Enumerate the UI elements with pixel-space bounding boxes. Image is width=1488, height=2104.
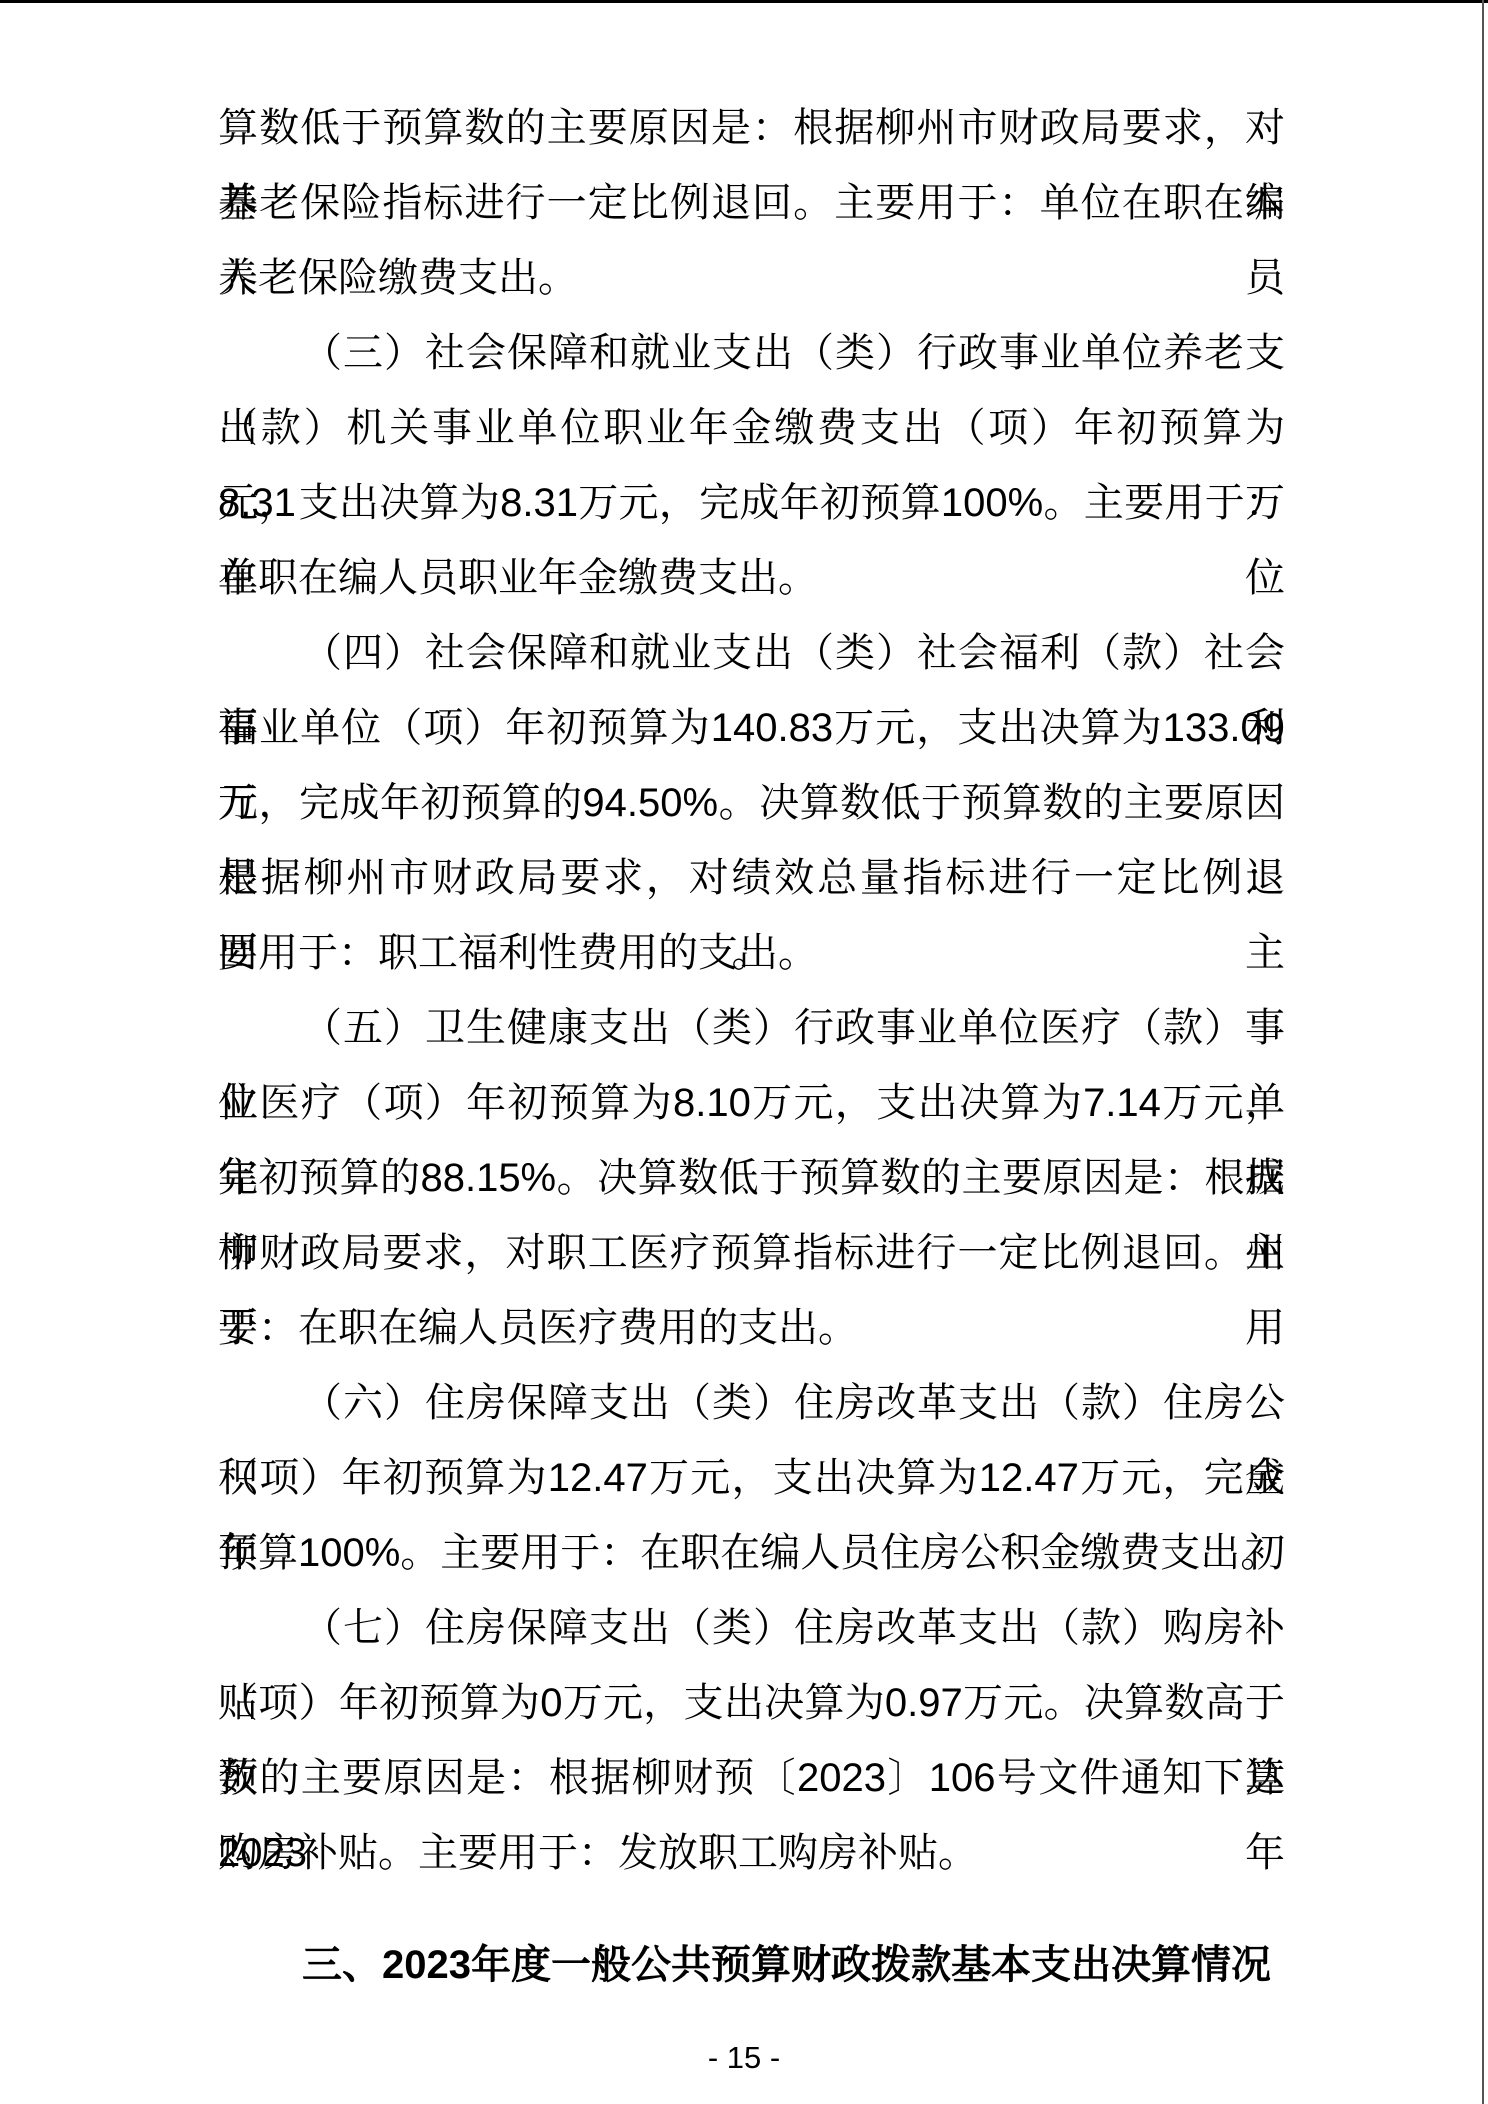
text-line: 算数低于预算数的主要原因是：根据柳州市财政局要求，对基本 xyxy=(218,91,1285,166)
text-line: 元，完成年初预算的94.50%。决算数低于预算数的主要原因是： xyxy=(218,766,1285,841)
text-line: （项）年初预算为12.47万元，支出决算为12.47万元，完成年初 xyxy=(218,1441,1285,1516)
text-line: （款）机关事业单位职业年金缴费支出（项）年初预算为8.31万 xyxy=(218,391,1285,466)
text-line: 事业单位（项）年初预算为140.83万元，支出决算为133.09万 xyxy=(218,691,1285,766)
document-body: 算数低于预算数的主要原因是：根据柳州市财政局要求，对基本养老保险指标进行一定比例… xyxy=(218,91,1285,2003)
page-number: - 15 - xyxy=(0,2036,1488,2080)
text-line: 养老保险指标进行一定比例退回。主要用于：单位在职在编人员 xyxy=(218,166,1285,241)
text-line: （七）住房保障支出（类）住房改革支出（款）购房补贴 xyxy=(218,1591,1285,1666)
text-line: 市财政局要求，对职工医疗预算指标进行一定比例退回。主要用 xyxy=(218,1216,1285,1291)
right-border-line xyxy=(1482,0,1484,2104)
text-line: （项）年初预算为0万元，支出决算为0.97万元。决算数高于预算 xyxy=(218,1666,1285,1741)
text-line: （五）卫生健康支出（类）行政事业单位医疗（款）事业单 xyxy=(218,991,1285,1066)
section-heading: 三、2023年度一般公共预算财政拨款基本支出决算情况 xyxy=(218,1928,1285,2003)
text-line: （三）社会保障和就业支出（类）行政事业单位养老支出 xyxy=(218,316,1285,391)
text-line: 位医疗（项）年初预算为8.10万元，支出决算为7.14万元，完成 xyxy=(218,1066,1285,1141)
text-line: 年初预算的88.15%。决算数低于预算数的主要原因是：根据柳州 xyxy=(218,1141,1285,1216)
text-line: （四）社会保障和就业支出（类）社会福利（款）社会福利 xyxy=(218,616,1285,691)
text-line: （六）住房保障支出（类）住房改革支出（款）住房公积金 xyxy=(218,1366,1285,1441)
text-line: 根据柳州市财政局要求，对绩效总量指标进行一定比例退回。主 xyxy=(218,841,1285,916)
top-border-line xyxy=(0,0,1488,3)
text-line: 元，支出决算为8.31万元，完成年初预算100%。主要用于：单位 xyxy=(218,466,1285,541)
text-line: 预算100%。主要用于：在职在编人员住房公积金缴费支出。 xyxy=(218,1516,1285,1591)
body-lines: 算数低于预算数的主要原因是：根据柳州市财政局要求，对基本养老保险指标进行一定比例… xyxy=(218,91,1285,1891)
text-line: 数的主要原因是：根据柳财预〔2023〕106号文件通知下达2023年 xyxy=(218,1741,1285,1816)
